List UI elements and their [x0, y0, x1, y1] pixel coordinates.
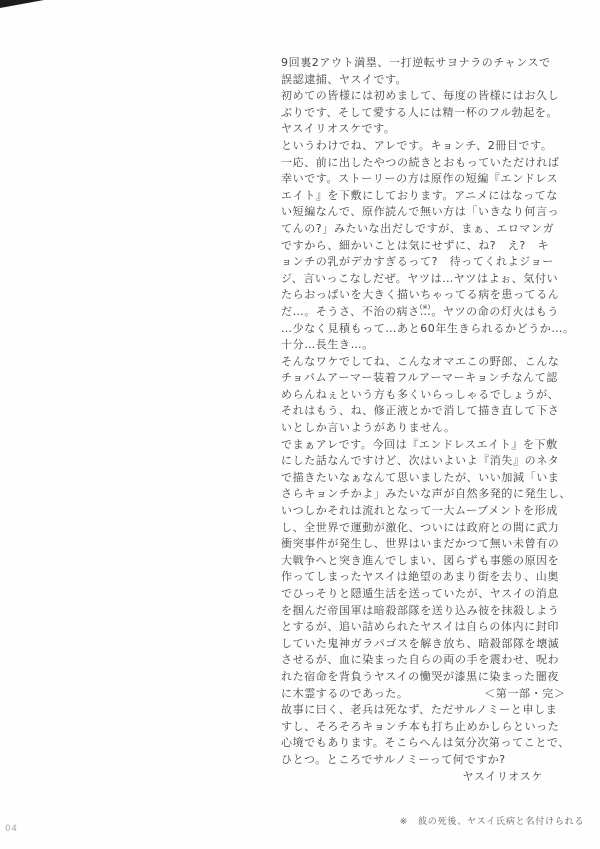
afterword-line: し、全世界で運動が激化、ついには政府との間に武力	[281, 520, 566, 537]
afterword-line: 故事に曰く、老兵は死なず、ただサルノミーと申しま	[281, 702, 566, 719]
footnote: ※彼の死後、ヤスイ氏病と名付けられる	[385, 804, 584, 837]
page-number: 04	[5, 824, 17, 834]
afterword-line: 十分…長生き…。	[281, 337, 566, 354]
afterword-line: エイト』を下敷にしております。アニメにはなってな	[281, 188, 566, 205]
author-signature: ヤスイリオスケ	[281, 769, 566, 786]
afterword-line: とするが、追い詰められたヤスイは自らの体内に封印	[281, 619, 566, 636]
scan-corner-artifact	[0, 0, 44, 8]
afterword-line: にした話なんですけど、次はいよいよ『消失』のネタ	[281, 453, 566, 470]
afterword-line: いとしか言いようがありません。	[281, 420, 566, 437]
afterword-line: 誤認逮捕、ヤスイです。	[281, 72, 566, 89]
footnote-text: 彼の死後、ヤスイ氏病と名付けられる	[418, 817, 584, 827]
afterword-line: チョバムアーマー装着フルアーマーキョンチなんて認	[281, 370, 566, 387]
scanned-afterword-page: 9回裏2アウト満塁、一打逆転サヨナラのチャンスで 誤認逮捕、ヤスイです。 初めて…	[0, 0, 600, 849]
afterword-line-part-one-end: に木霊するのであった。 ＜第一部・完＞	[281, 686, 566, 703]
afterword-line: させるが、血に染まった自らの両の手を震わせ、呪わ	[281, 652, 566, 669]
afterword-line: というわけでね、アレです。キョンチ、2冊目です。	[281, 138, 566, 155]
afterword-line: 心境でもあります。そこらへんは気分次第ってことで、	[281, 735, 566, 752]
afterword-line-with-footnote-ref: だ…。そうさ、不治の病さ(※)…。ヤツの命の灯火はもう	[281, 304, 566, 321]
afterword-line: い短編なんで、原作読んで無い方は「いきなり何言っ	[281, 204, 566, 221]
afterword-line: でひっそりと隠遁生活を送っていたが、ヤスイの消息	[281, 586, 566, 603]
afterword-line: ヤスイリオスケです。	[281, 121, 566, 138]
afterword-line: 初めての皆様には初めまして、毎度の皆様にはお久し	[281, 88, 566, 105]
afterword-line: …少なく見積もって…あと60年生きられるかどうか…。	[281, 321, 566, 338]
afterword-line: そんなワケでしてね、こんなオマエこの野郎、こんな	[281, 354, 566, 371]
afterword-line: 一応、前に出したやつの続きとおもっていただければ	[281, 155, 566, 172]
afterword-line: れた宿命を背負うヤスイの慟哭が漆黒に染まった闇夜	[281, 669, 566, 686]
afterword-line: さらキョンチかよ」みたいな声が自然多発的に発生し、	[281, 486, 566, 503]
afterword-line: 衝突事件が発生し、世界はいまだかつて無い未曾有の	[281, 536, 566, 553]
afterword-line: いつしかそれは流れとなって一大ムーブメントを形成	[281, 503, 566, 520]
afterword-line: 9回裏2アウト満塁、一打逆転サヨナラのチャンスで	[281, 55, 566, 72]
afterword-line: で描きたいなぁなんて思いましたが、いい加減「いま	[281, 470, 566, 487]
afterword-line: でまぁアレです。今回は『エンドレスエイト』を下敷	[281, 437, 566, 454]
afterword-text-block: 9回裏2アウト満塁、一打逆転サヨナラのチャンスで 誤認逮捕、ヤスイです。 初めて…	[281, 55, 566, 785]
afterword-line: 大戦争へと突き進んでしまい、図らずも事態の原因を	[281, 553, 566, 570]
afterword-line: を掴んだ帝国軍は暗殺部隊を送り込み彼を抹殺しよう	[281, 603, 566, 620]
afterword-line: ですから、細かいことは気にせずに、ね? え? キ	[281, 238, 566, 255]
afterword-line: ョンチの乳がデカすぎるって? 待ってくれよジョー	[281, 254, 566, 271]
afterword-line: していた鬼神ガラパゴスを解き放ち、暗殺部隊を壊滅	[281, 636, 566, 653]
afterword-line: てんの?」みたいな出だしですが、まぁ、エロマンガ	[281, 221, 566, 238]
afterword-line: すし、そろそろキョンチ本も打ち止めかしらといった	[281, 719, 566, 736]
afterword-line: 幸いです。ストーリーの方は原作の短編『エンドレス	[281, 171, 566, 188]
afterword-line: ジ、言いっこなしだぜ。ヤツは…ヤツはよぉ、気付い	[281, 271, 566, 288]
line-post: …。ヤツの命の灯火はもう	[420, 305, 559, 318]
line-pre: だ…。そうさ、不治の病さ	[281, 305, 420, 318]
afterword-line: ひとつ。ところでサルノミーって何ですか?	[281, 752, 566, 769]
afterword-line: めらんねぇという方も多くいらっしゃるでしょうが、	[281, 387, 566, 404]
afterword-line: それはもう、ね、修正液とかで消して描き直して下さ	[281, 403, 566, 420]
footnote-marker: ※	[400, 817, 408, 827]
afterword-line: たらおっぱいを大きく描いちゃってる病を患ってるん	[281, 287, 566, 304]
afterword-line: ぶりです、そして愛する人には精一杯のフル勃起を。	[281, 105, 566, 122]
afterword-line: 作ってしまったヤスイは絶望のあまり街を去り、山奥	[281, 569, 566, 586]
